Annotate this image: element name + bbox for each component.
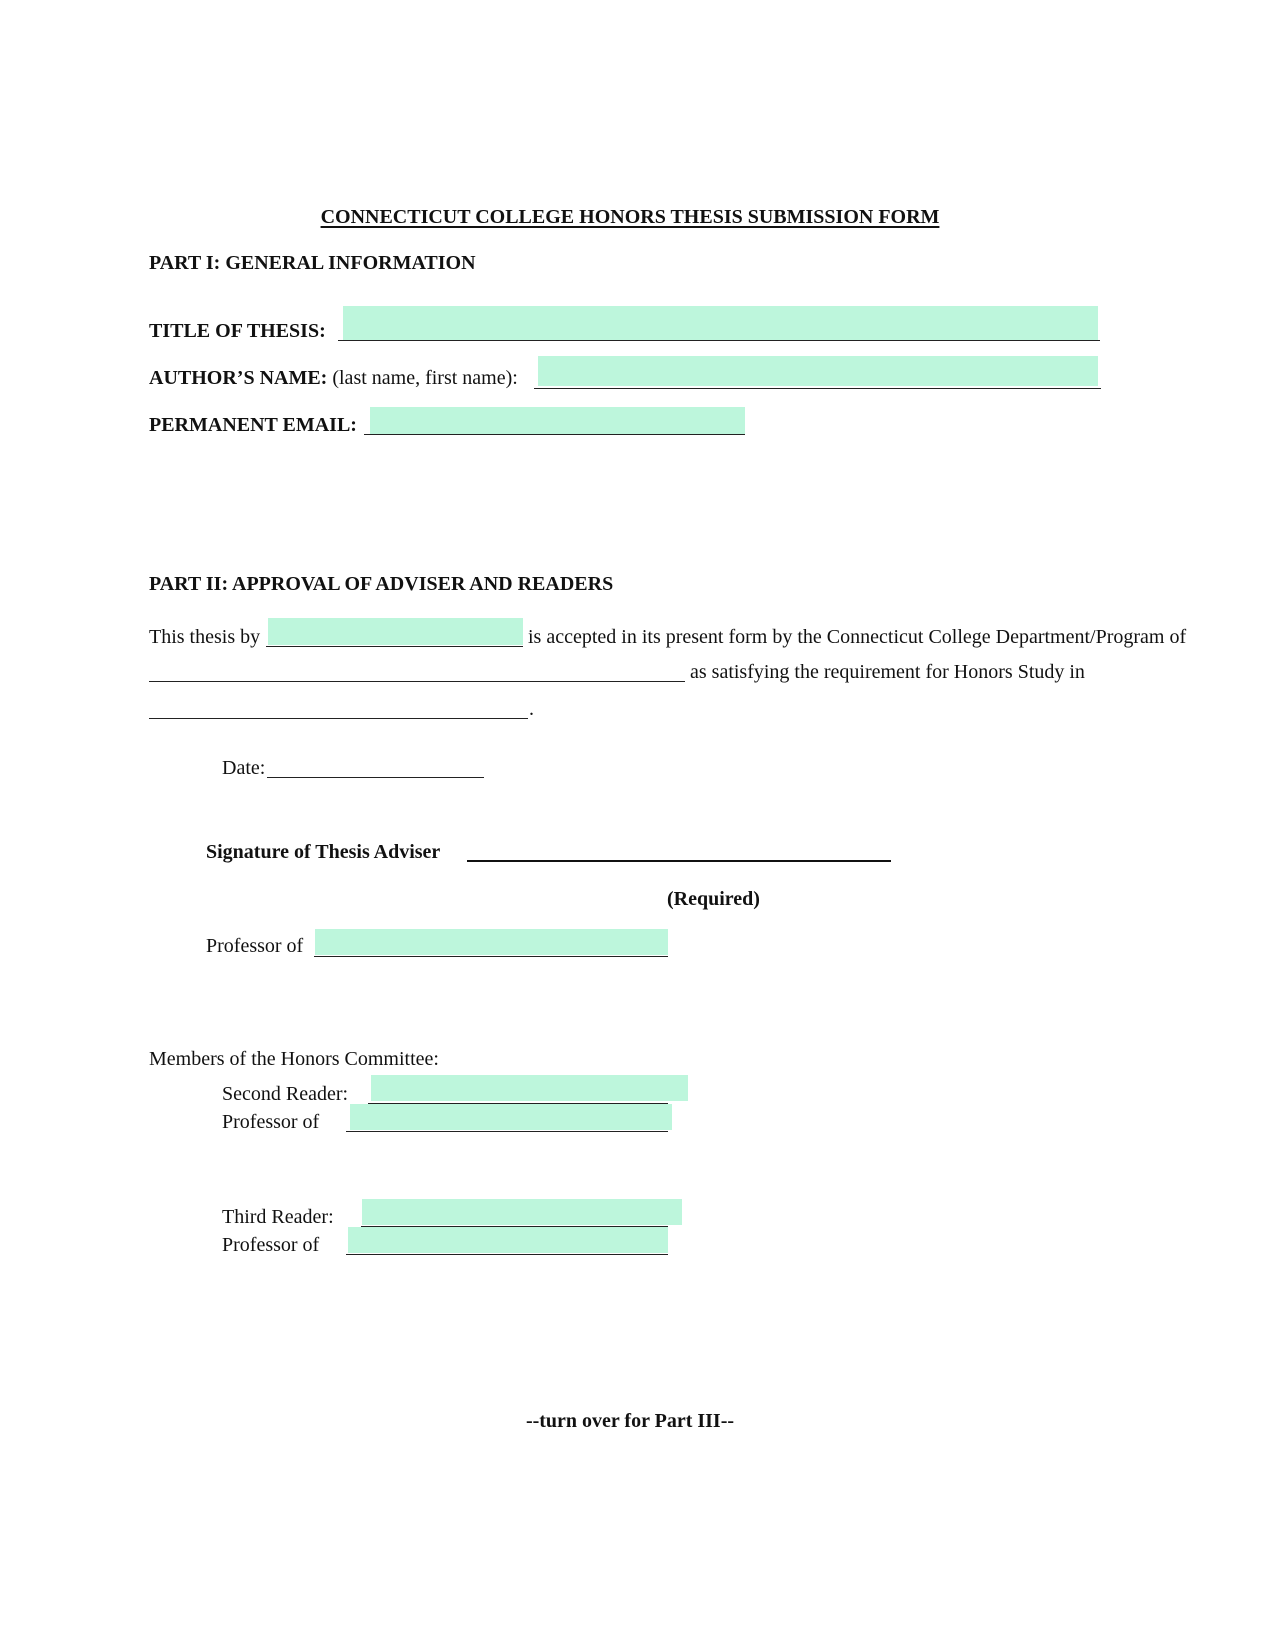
second-reader-input[interactable] [371,1075,688,1101]
second-professor-input[interactable] [350,1104,672,1130]
adviser-professor-label: Professor of [206,934,303,958]
sentence-mid2: as satisfying the requirement for Honors… [690,660,1085,684]
author-label: AUTHOR’S NAME: (last name, first name): [149,366,518,390]
adviser-signature-line[interactable] [467,860,891,862]
department-underline[interactable] [149,681,685,682]
third-professor-label: Professor of [222,1233,319,1257]
email-underline [364,434,745,435]
thesis-title-underline [338,340,1100,341]
date-label: Date: [222,756,265,780]
third-professor-input[interactable] [348,1227,668,1253]
second-professor-underline [346,1131,668,1132]
second-reader-label: Second Reader: [222,1082,348,1106]
honors-study-underline[interactable] [149,718,528,719]
author-underline [534,388,1101,389]
part1-heading: PART I: GENERAL INFORMATION [149,251,476,275]
date-underline[interactable] [267,777,484,778]
author-label-bold: AUTHOR’S NAME: [149,367,327,389]
permanent-email-input[interactable] [370,407,745,434]
sentence-end: . [529,697,534,721]
third-professor-underline [346,1254,668,1255]
sentence-mid: is accepted in its present form by the C… [528,625,1186,649]
committee-label: Members of the Honors Committee: [149,1047,439,1071]
form-title: CONNECTICUT COLLEGE HONORS THESIS SUBMIS… [0,206,1260,229]
sentence-start: This thesis by [149,625,260,649]
part2-heading: PART II: APPROVAL OF ADVISER AND READERS [149,572,613,596]
third-reader-label: Third Reader: [222,1205,334,1229]
turn-over-note: --turn over for Part III-- [0,1409,1260,1433]
author-name-input[interactable] [538,356,1098,386]
adviser-signature-label: Signature of Thesis Adviser [206,840,440,864]
third-reader-input[interactable] [362,1199,682,1225]
author-label-hint: (last name, first name): [332,367,518,389]
adviser-professor-input[interactable] [315,929,668,955]
thesis-title-label: TITLE OF THESIS: [149,319,326,343]
student-underline [266,646,523,647]
thesis-title-input[interactable] [343,306,1098,340]
adviser-professor-underline [314,956,668,957]
required-note: (Required) [667,887,760,911]
second-professor-label: Professor of [222,1110,319,1134]
email-label: PERMANENT EMAIL: [149,413,357,437]
student-name-input[interactable] [268,618,523,645]
